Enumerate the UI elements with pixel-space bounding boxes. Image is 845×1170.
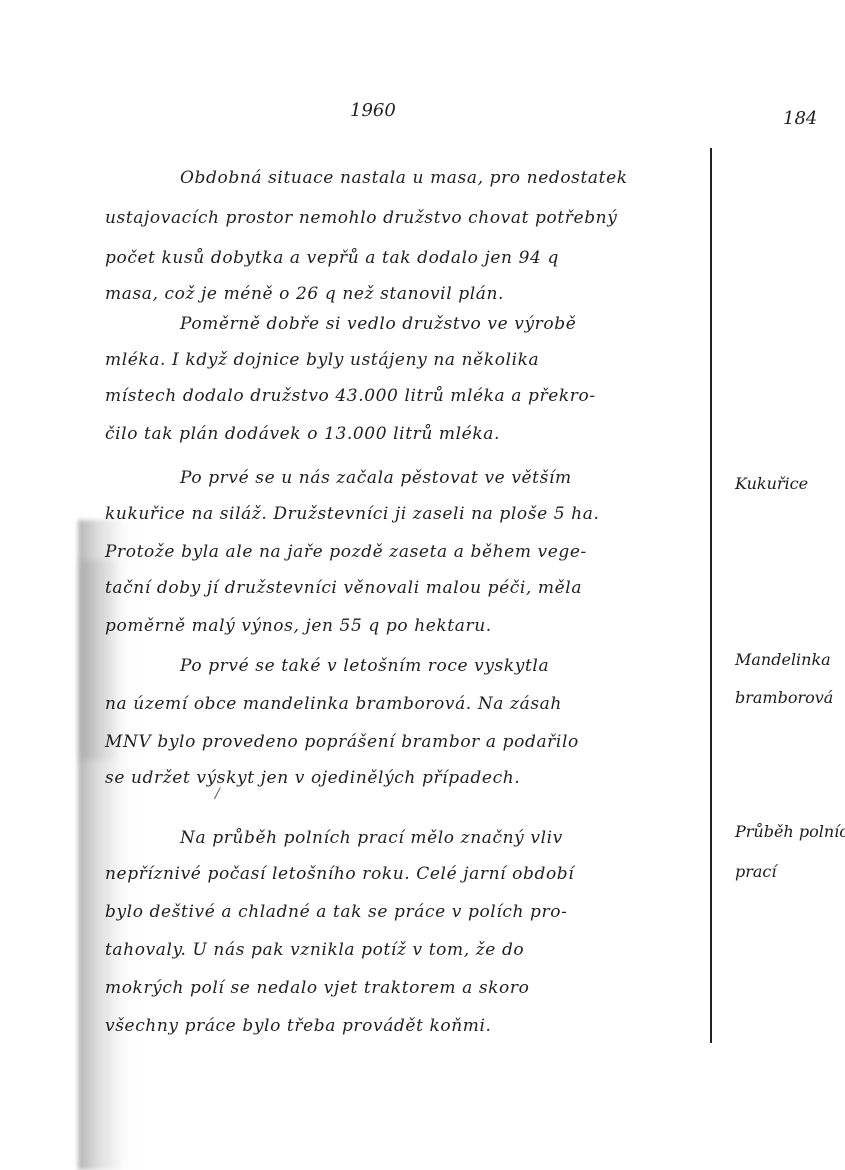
text-line: bylo deštivé a chladné a tak se práce v … xyxy=(105,902,567,922)
margin-note-colorado-beetle-line2: bramborová xyxy=(735,688,833,707)
text-line: Obdobná situace nastala u masa, pro nedo… xyxy=(180,168,628,188)
page-number: 184 xyxy=(783,108,817,129)
margin-rule-divider xyxy=(710,148,712,1043)
text-line: se udržet výskyt jen v ojedinělých přípa… xyxy=(105,768,520,788)
text-line: na území obce mandelinka bramborová. Na … xyxy=(105,694,562,714)
text-line: mokrých polí se nedalo vjet traktorem a … xyxy=(105,978,529,998)
text-line: Po prvé se také v letošním roce vyskytla xyxy=(180,656,549,676)
margin-note-field-work-line2: prací xyxy=(735,862,777,881)
text-line: čilo tak plán dodávek o 13.000 litrů mlé… xyxy=(105,424,500,444)
text-line: ustajovacích prostor nemohlo družstvo ch… xyxy=(105,208,617,228)
text-line: místech dodalo družstvo 43.000 litrů mlé… xyxy=(105,386,596,406)
text-line: všechny práce bylo třeba provádět koňmi. xyxy=(105,1016,492,1036)
text-line: tační doby jí družstevníci věnovali malo… xyxy=(105,578,582,598)
text-line: mléka. I když dojnice byly ustájeny na n… xyxy=(105,350,539,370)
text-line: Na průběh polních prací mělo značný vliv xyxy=(180,828,563,848)
text-line: Protože byla ale na jaře pozdě zaseta a … xyxy=(105,542,587,562)
text-line: počet kusů dobytka a vepřů a tak dodalo … xyxy=(105,248,559,268)
text-line: MNV bylo provedeno poprášení brambor a p… xyxy=(105,732,579,752)
text-line: tahovaly. U nás pak vznikla potíž v tom,… xyxy=(105,940,524,960)
chronicle-year: 1960 xyxy=(350,100,396,121)
text-line: poměrně malý výnos, jen 55 q po hektaru. xyxy=(105,616,492,636)
text-line: nepříznivé počasí letošního roku. Celé j… xyxy=(105,864,574,884)
text-line: Poměrně dobře si vedlo družstvo ve výrob… xyxy=(180,314,576,334)
margin-note-field-work-line1: Průběh polních xyxy=(735,822,845,841)
text-line: kukuřice na siláž. Družstevníci ji zasel… xyxy=(105,504,599,524)
scan-edge-shadow xyxy=(0,0,120,1170)
stray-pen-mark: / xyxy=(215,786,220,802)
margin-note-maize: Kukuřice xyxy=(735,474,808,493)
margin-note-colorado-beetle-line1: Mandelinka xyxy=(735,650,831,669)
text-line: Po prvé se u nás začala pěstovat ve větš… xyxy=(180,468,572,488)
text-line: masa, což je méně o 26 q než stanovil pl… xyxy=(105,284,504,304)
